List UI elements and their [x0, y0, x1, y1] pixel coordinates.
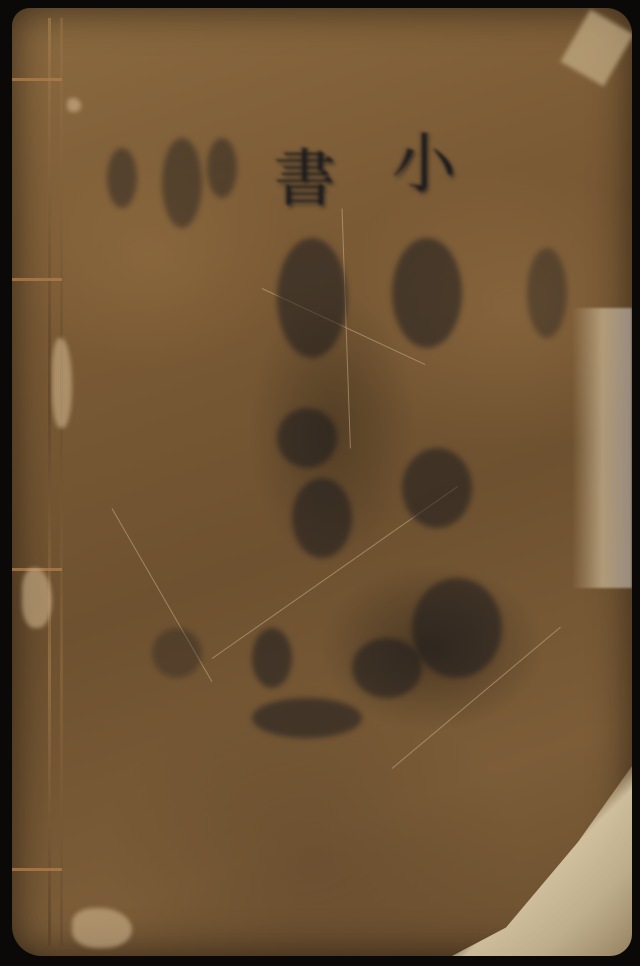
- binding-thread: [12, 868, 62, 871]
- book-cover: 小 書: [12, 8, 632, 956]
- small-column-mark: [207, 138, 237, 198]
- binding-fold-line: [60, 18, 63, 946]
- binding-fold-line: [48, 18, 51, 946]
- worn-patch: [72, 908, 132, 948]
- title-stroke: [277, 238, 347, 358]
- small-column-mark: [107, 148, 137, 208]
- title-column-right: 小: [392, 133, 456, 197]
- frayed-corner: [452, 766, 632, 956]
- right-edge-wear: [572, 308, 632, 588]
- small-column-mark: [162, 138, 202, 228]
- binding-thread: [12, 278, 62, 281]
- ink-blot: [277, 408, 337, 468]
- ink-blot: [252, 628, 292, 688]
- title-glyph: 書: [274, 148, 336, 210]
- title-stroke: [392, 238, 462, 348]
- top-corner-wear: [560, 10, 632, 87]
- ink-blot: [252, 698, 362, 738]
- ink-blot: [412, 578, 502, 678]
- ink-blot: [152, 628, 202, 678]
- ink-blot: [352, 638, 422, 698]
- title-glyph: 小: [392, 133, 456, 197]
- title-stroke: [527, 248, 567, 338]
- worn-patch: [52, 338, 72, 428]
- binding-thread: [12, 78, 62, 81]
- worn-patch: [67, 98, 81, 112]
- title-column-left: 書: [274, 148, 336, 210]
- ink-blot: [292, 478, 352, 558]
- ink-blot: [402, 448, 472, 528]
